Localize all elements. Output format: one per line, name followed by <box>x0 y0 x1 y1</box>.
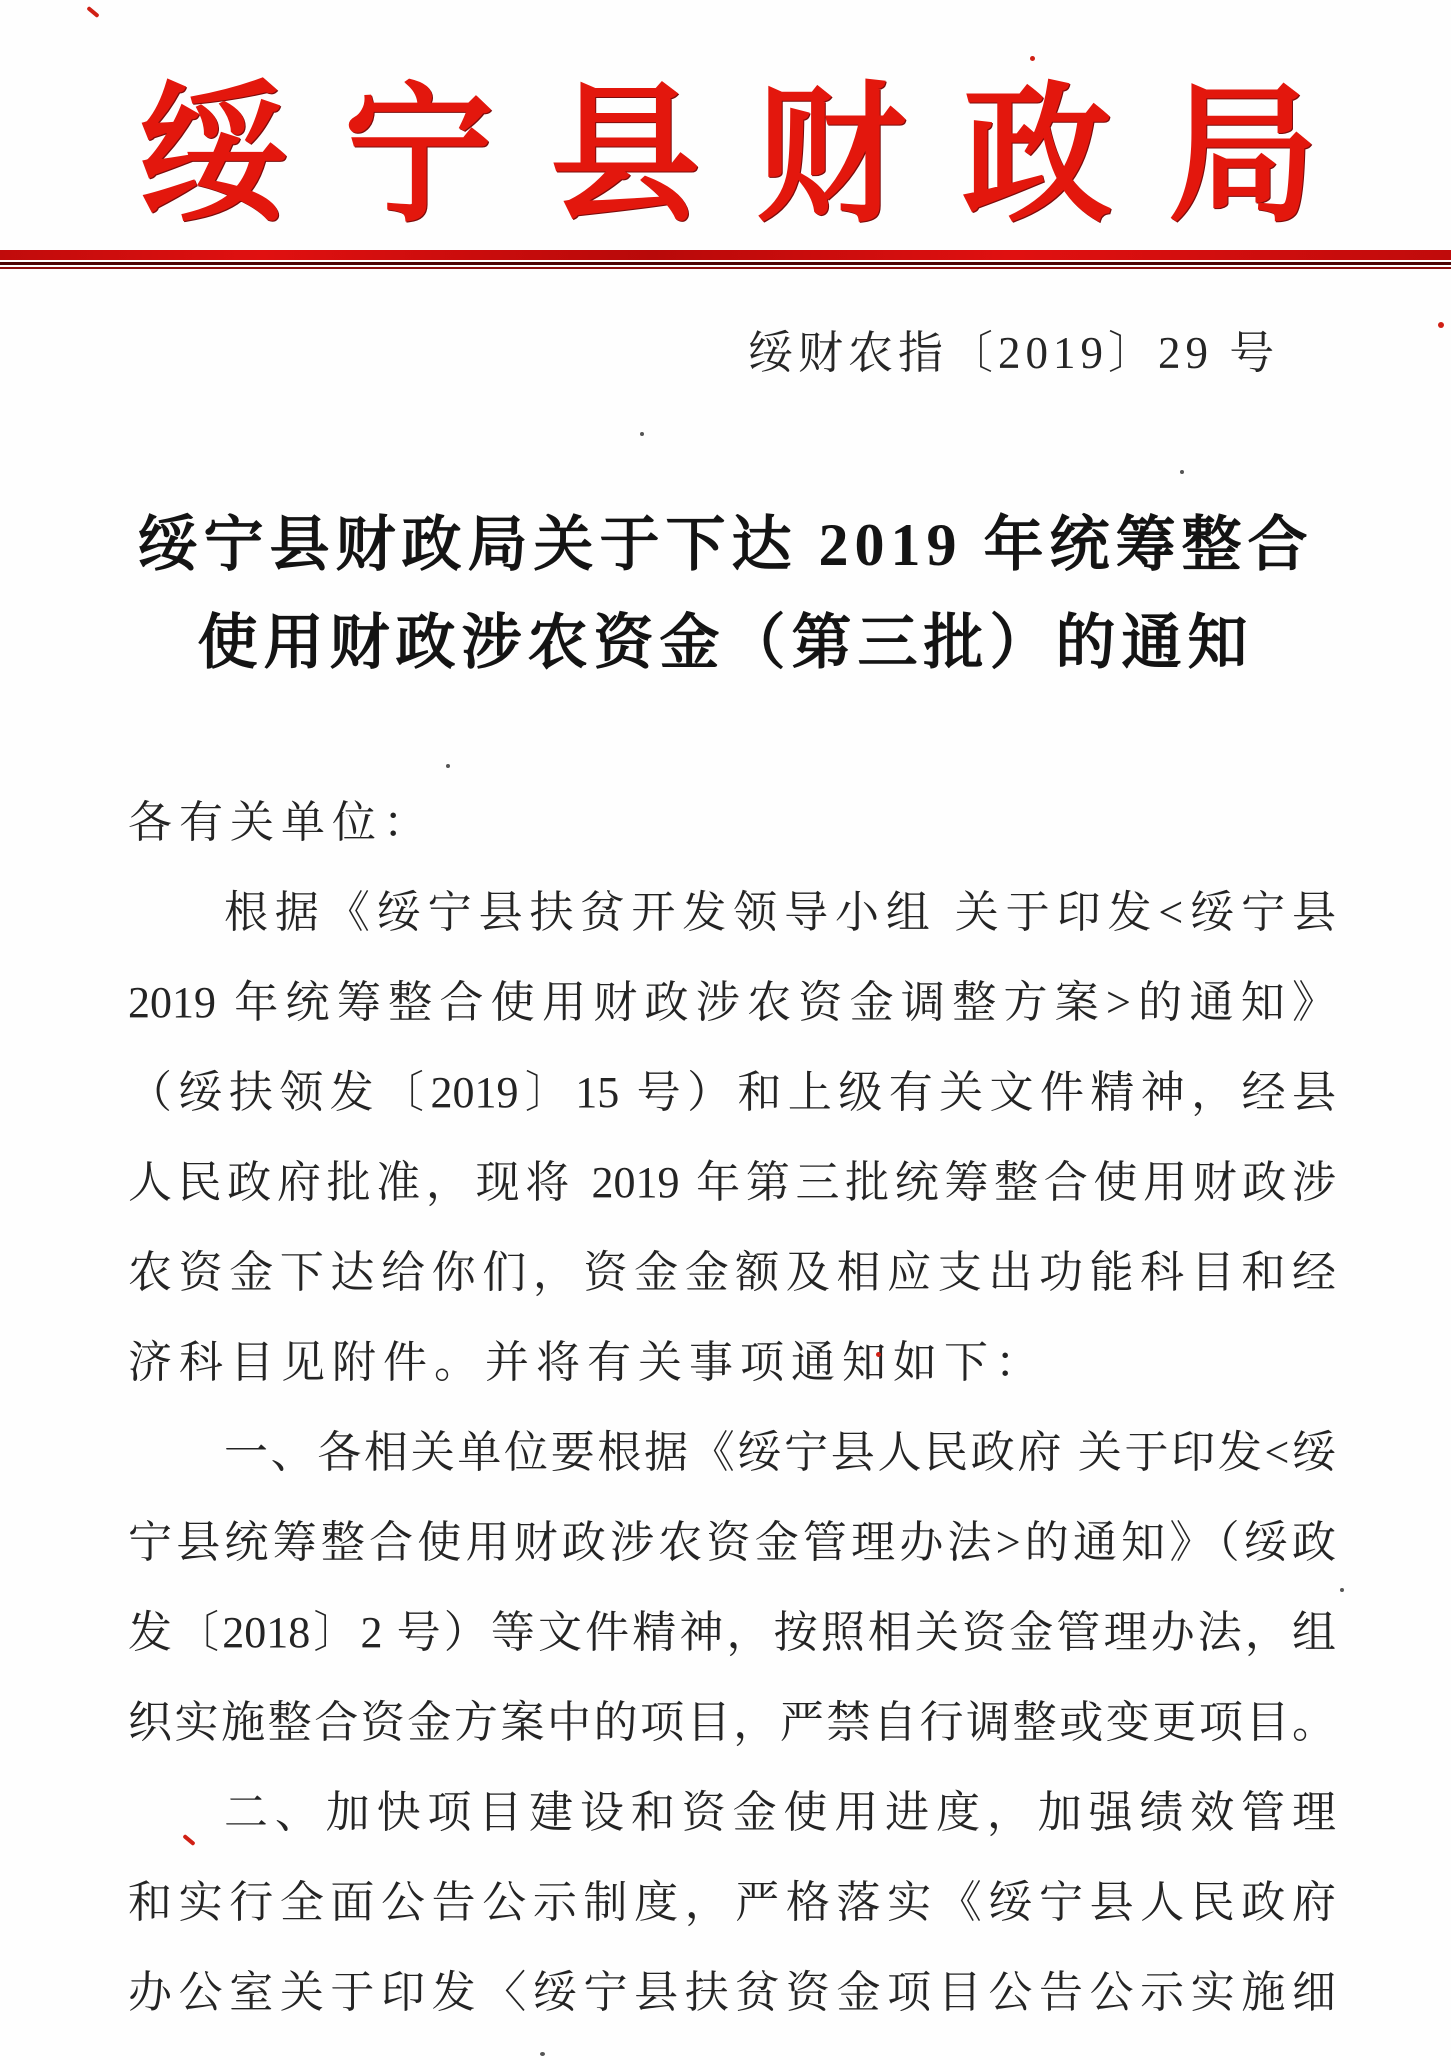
body-line-2: 2019 年统筹整合使用财政涉农资金调整方案>的通知》 <box>128 958 1336 1048</box>
scan-speck <box>640 432 644 436</box>
title-line-2: 使用财政涉农资金（第三批）的通知 <box>0 594 1451 692</box>
scanned-document-page: 绥宁县财政局 绥财农指〔2019〕29 号 绥宁县财政局关于下达 2019 年统… <box>0 0 1451 2060</box>
scan-speck <box>446 764 450 768</box>
document-number: 绥财农指〔2019〕29 号 <box>748 322 1308 384</box>
body-line-13: 办公室关于印发〈绥宁县扶贫资金项目公告公示实施细 <box>128 1948 1336 2038</box>
scan-speck <box>876 1352 881 1357</box>
body-line-7: 一、各相关单位要根据《绥宁县人民政府 关于印发<绥 <box>128 1408 1336 1498</box>
masthead-rule-thin <box>0 267 1451 269</box>
body-line-6: 济科目见附件。并将有关事项通知如下： <box>128 1318 1336 1408</box>
document-body: 各有关单位： 根据《绥宁县扶贫开发领导小组 关于印发<绥宁县 2019 年统筹整… <box>128 778 1336 2038</box>
body-line-8: 宁县统筹整合使用财政涉农资金管理办法>的通知》（绥政 <box>128 1498 1336 1588</box>
body-line-12: 和实行全面公告公示制度，严格落实《绥宁县人民政府 <box>128 1858 1336 1948</box>
salutation: 各有关单位： <box>128 778 1336 868</box>
document-title: 绥宁县财政局关于下达 2019 年统筹整合 使用财政涉农资金（第三批）的通知 <box>0 496 1451 692</box>
body-line-9: 发〔2018〕2 号）等文件精神，按照相关资金管理办法，组 <box>128 1588 1336 1678</box>
body-line-3: （绥扶领发〔2019〕15 号）和上级有关文件精神，经县 <box>128 1048 1336 1138</box>
masthead-rule-thick <box>0 250 1451 260</box>
scan-speck <box>1438 322 1444 328</box>
scan-speck <box>86 6 99 18</box>
scan-speck <box>540 2052 545 2056</box>
scan-speck <box>1030 56 1035 61</box>
masthead-title: 绥宁县财政局 <box>138 62 1318 252</box>
title-line-1: 绥宁县财政局关于下达 2019 年统筹整合 <box>0 496 1451 594</box>
scan-speck <box>1340 1588 1344 1592</box>
scan-speck <box>268 996 272 1000</box>
masthead-rule-mid <box>0 262 1451 265</box>
body-line-5: 农资金下达给你们，资金金额及相应支出功能科目和经 <box>128 1228 1336 1318</box>
body-line-10: 织实施整合资金方案中的项目，严禁自行调整或变更项目。 <box>128 1678 1336 1768</box>
body-line-1: 根据《绥宁县扶贫开发领导小组 关于印发<绥宁县 <box>128 868 1336 958</box>
body-line-4: 人民政府批准，现将 2019 年第三批统筹整合使用财政涉 <box>128 1138 1336 1228</box>
body-line-11: 二、加快项目建设和资金使用进度，加强绩效管理 <box>128 1768 1336 1858</box>
scan-speck <box>1180 470 1184 474</box>
